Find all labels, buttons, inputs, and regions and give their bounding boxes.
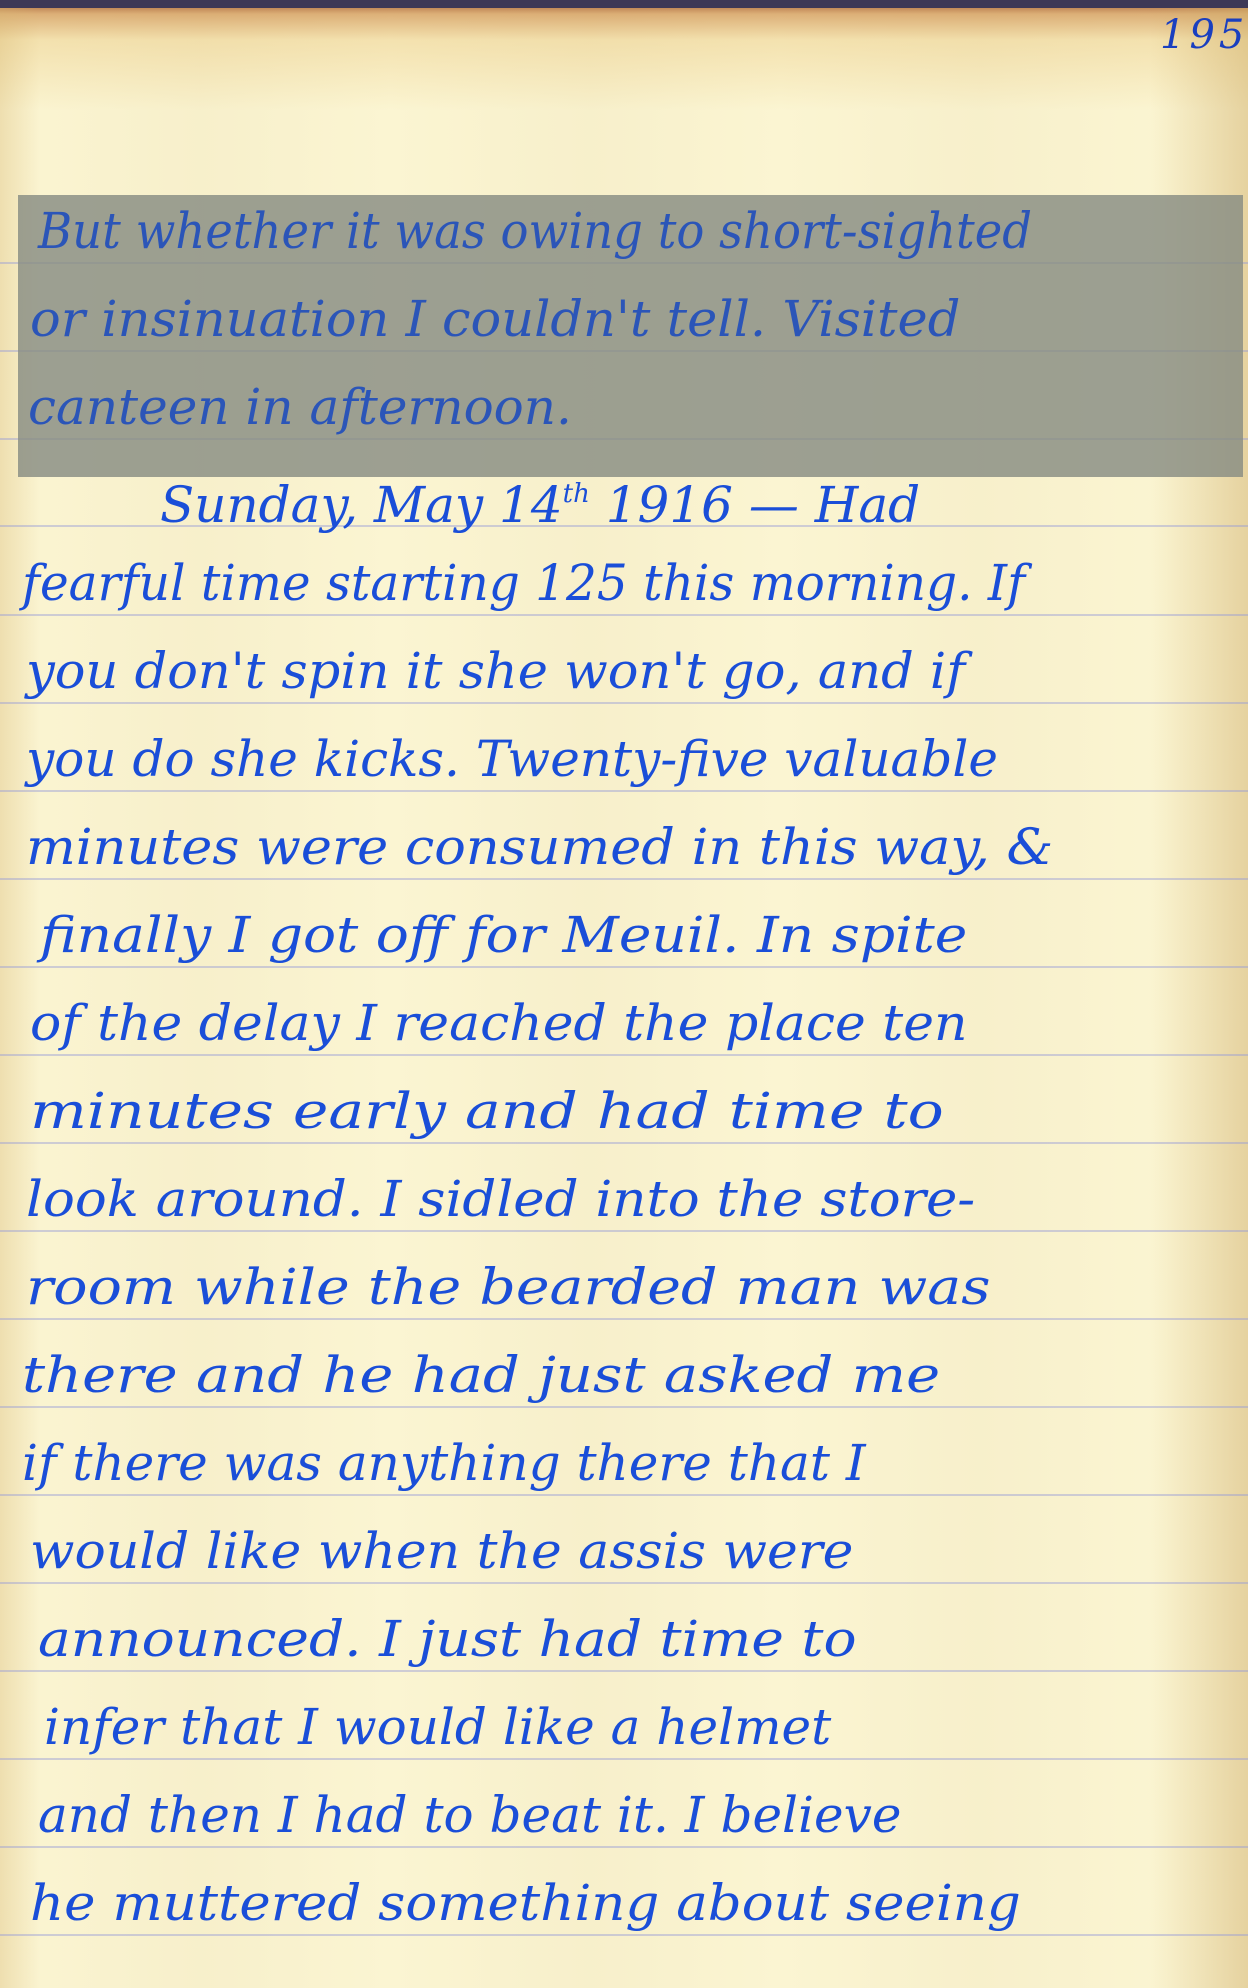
diary-page: 195 But whether it was owing to short-si…	[0, 0, 1248, 1988]
handwritten-line: there and he had just asked me	[22, 1340, 940, 1410]
handwritten-line: would like when the assis were	[30, 1516, 853, 1586]
page-number: 195	[1160, 12, 1248, 58]
handwritten-line: if there was anything there that I	[22, 1428, 866, 1498]
handwritten-line: you do she kicks. Twenty-five valuable	[26, 724, 998, 794]
date-ordinal-suffix: th	[563, 479, 590, 509]
diary-entry-date-line: Sunday, May 14th 1916 — Had	[160, 459, 920, 529]
page-top-edge	[0, 0, 1248, 8]
handwritten-line: or insinuation I couldn't tell. Visited	[30, 284, 960, 354]
handwritten-line: infer that I would like a helmet	[44, 1692, 831, 1762]
handwritten-line: room while the bearded man was	[26, 1252, 990, 1322]
handwritten-line: minutes early and had time to	[30, 1076, 944, 1146]
handwritten-line: fearful time starting 125 this morning. …	[22, 548, 1025, 618]
handwritten-line: minutes were consumed in this way, &	[26, 812, 1053, 882]
handwritten-line: finally I got off for Meuil. In spite	[40, 900, 967, 970]
handwritten-line: he muttered something about seeing	[30, 1868, 1021, 1938]
handwritten-line: announced. I just had time to	[38, 1604, 857, 1674]
date-rest: 1916 — Had	[590, 476, 920, 534]
handwritten-line: of the delay I reached the place ten	[30, 988, 967, 1058]
handwritten-line: canteen in afternoon.	[28, 372, 572, 442]
handwritten-line: look around. I sidled into the store-	[26, 1164, 975, 1234]
date-text: Sunday, May 14	[160, 476, 563, 534]
handwritten-line: and then I had to beat it. I believe	[38, 1780, 901, 1850]
handwritten-line: But whether it was owing to short-sighte…	[38, 196, 1032, 266]
handwritten-line: you don't spin it she won't go, and if	[26, 636, 965, 706]
